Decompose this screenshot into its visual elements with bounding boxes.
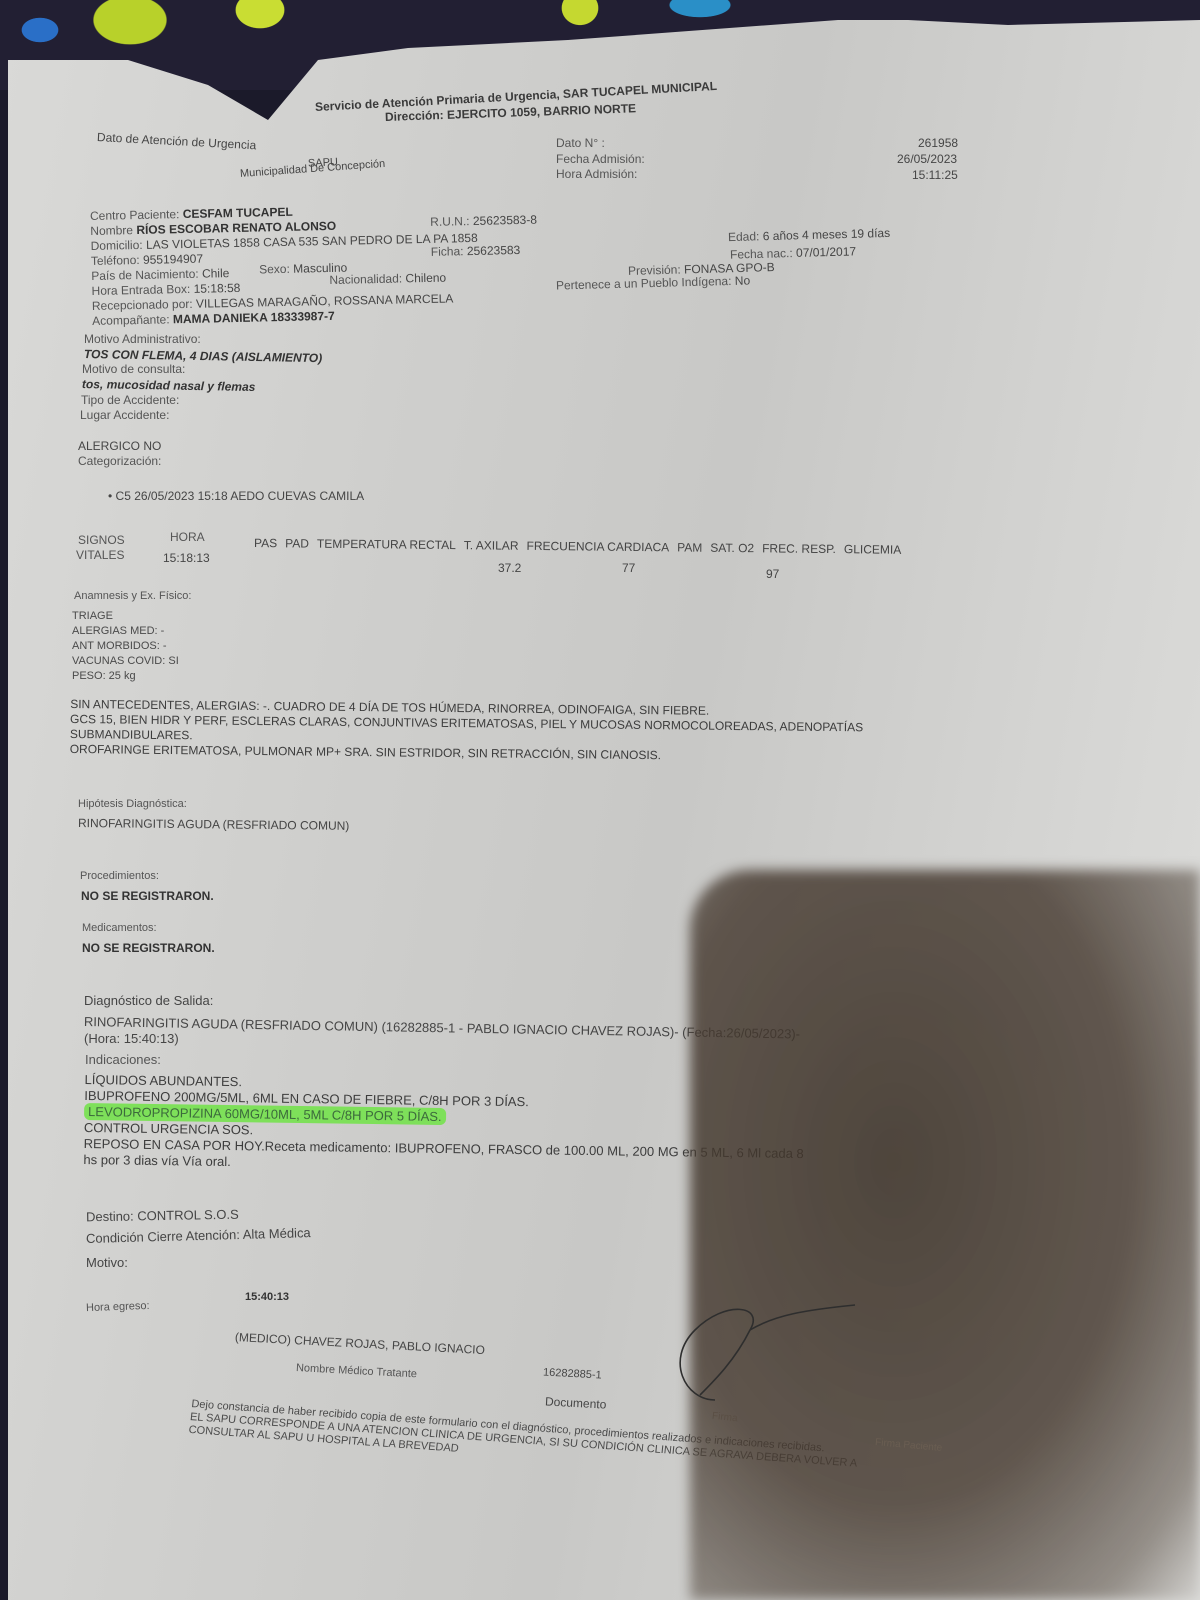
edad-label: Edad: [728,229,760,244]
anamnesis-line-text: ALERGIAS MED: - [72,625,164,637]
run-value: 25623583-8 [473,213,537,228]
indicacion-line-text: CONTROL URGENCIA SOS. [84,1120,253,1137]
telefono-value: 955194907 [143,252,203,267]
hipotesis-label: Hipótesis Diagnóstica: [78,798,187,810]
anamnesis-lines: TRIAGEALERGIAS MED: -ANT MORBIDOS: -VACU… [72,609,179,684]
hora-egreso-value: 15:40:13 [245,1291,289,1303]
hora-admision-label: Hora Admisión: [556,167,637,181]
vitals-label-1: SIGNOS [78,533,125,547]
centro-value: CESFAM TUCAPEL [183,205,293,221]
vitals-label-2: VITALES [76,548,124,562]
vitals-t-axilar: 37.2 [498,561,521,575]
indicacion-line-text: hs por 3 dias vía Vía oral. [83,1152,231,1169]
vitals-hora-value: 15:18:13 [163,551,210,565]
anamnesis-line-text: ANT MORBIDOS: - [72,640,167,652]
bullet-icon: • [108,489,112,503]
telefono-label: Teléfono: [91,253,140,268]
anamnesis-line: TRIAGE [72,609,179,624]
dato-value: 261958 [918,136,958,150]
exam-findings: SIN ANTECEDENTES, ALERGIAS: -. CUADRO DE… [70,697,864,765]
anamnesis-line: PESO: 25 kg [72,669,179,684]
indigena-value: No [735,273,751,287]
hora-box-value: 15:18:58 [193,281,240,296]
anamnesis-line-text: VACUNAS COVID: SI [72,655,179,667]
indicaciones-label: Indicaciones: [85,1052,161,1067]
sexo-label: Sexo: [259,262,290,277]
vitals-frecuencia-cardiaca: 77 [622,561,635,575]
motivo-consulta-label: Motivo de consulta: [82,362,185,376]
lugar-accidente-label: Lugar Accidente: [80,408,169,422]
fecha-admision-label: Fecha Admisión: [556,152,645,166]
vitals-hora-label: HORA [170,530,205,544]
categorizacion-item: C5 26/05/2023 15:18 AEDO CUEVAS CAMILA [116,489,365,503]
vitals-sat-o2: 97 [766,567,779,581]
photo-shadow [690,870,1200,1600]
nombre-label: Nombre [90,223,133,238]
anamnesis-line-text: TRIAGE [72,610,113,622]
acompanante-label: Acompañante: [92,312,170,328]
medicamentos-label: Medicamentos: [82,922,157,934]
motivo-label: Motivo: [86,1255,128,1270]
categorizacion-label: Categorización: [78,454,161,468]
vitals-column-header: PAS [254,536,277,550]
vitals-column-header: PAD [285,536,309,550]
fecha-nac-value: 07/01/2017 [796,244,856,260]
anamnesis-line: VACUNAS COVID: SI [72,654,179,669]
vitals-column-header: FREC. RESP. [762,541,836,556]
dato-label: Dato N° : [556,136,605,150]
vitals-column-header: T. AXILAR [464,538,519,553]
pais-value: Chile [202,266,230,281]
fecha-nac-label: Fecha nac.: [730,246,793,262]
domicilio-label: Domicilio: [91,238,143,253]
vitals-column-header: PAM [677,540,702,554]
hora-admision-value: 15:11:25 [912,168,958,182]
alergico-status: ALERGICO NO [78,439,161,453]
anamnesis-label: Anamnesis y Ex. Físico: [74,590,191,602]
pais-label: País de Nacimiento: [91,267,199,283]
tipo-accidente-label: Tipo de Accidente: [81,393,179,407]
indicacion-line-text: LÍQUIDOS ABUNDANTES. [84,1072,242,1089]
destino-value: CONTROL S.O.S [137,1207,239,1224]
vitals-column-header: TEMPERATURA RECTAL [317,537,456,552]
vitals-column-header: FRECUENCIA CARDIACA [526,539,669,554]
vitals-column-header: SAT. O2 [710,541,754,555]
centro-label: Centro Paciente: [90,207,180,223]
salida-label: Diagnóstico de Salida: [84,993,213,1008]
nacionalidad-value: Chileno [405,271,446,286]
fecha-admision-value: 26/05/2023 [897,152,957,166]
ficha-label: Ficha: [431,244,464,259]
condicion-value: Alta Médica [243,1225,311,1242]
motivo-consulta-value: tos, mucosidad nasal y flemas [82,377,256,394]
motivo-admin-label: Motivo Administrativo: [84,332,201,346]
anamnesis-line: ALERGIAS MED: - [72,624,179,639]
vitals-column-header: GLICEMIA [844,542,902,557]
exam-line-text: SUBMANDIBULARES. [70,727,193,742]
hora-box-label: Hora Entrada Box: [91,282,190,298]
nacionalidad-label: Nacionalidad: [329,271,402,287]
procedimientos-value: NO SE REGISTRARON. [81,889,214,903]
ficha-value: 25623583 [467,243,521,258]
medicamentos-value: NO SE REGISTRARON. [82,941,215,955]
procedimientos-label: Procedimientos: [80,870,159,882]
hora-egreso-label: Hora egreso: [86,1300,150,1314]
signature-icon [655,1300,875,1410]
destino-label: Destino: [86,1209,134,1225]
anamnesis-line: ANT MORBIDOS: - [72,639,179,654]
salida-hora: (Hora: 15:40:13) [84,1031,179,1046]
run-label: R.U.N.: [430,214,470,229]
hipotesis-value: RINOFARINGITIS AGUDA (RESFRIADO COMUN) [78,816,349,833]
anamnesis-line-text: PESO: 25 kg [72,670,136,682]
recepcionado-label: Recepcionado por: [92,297,193,313]
